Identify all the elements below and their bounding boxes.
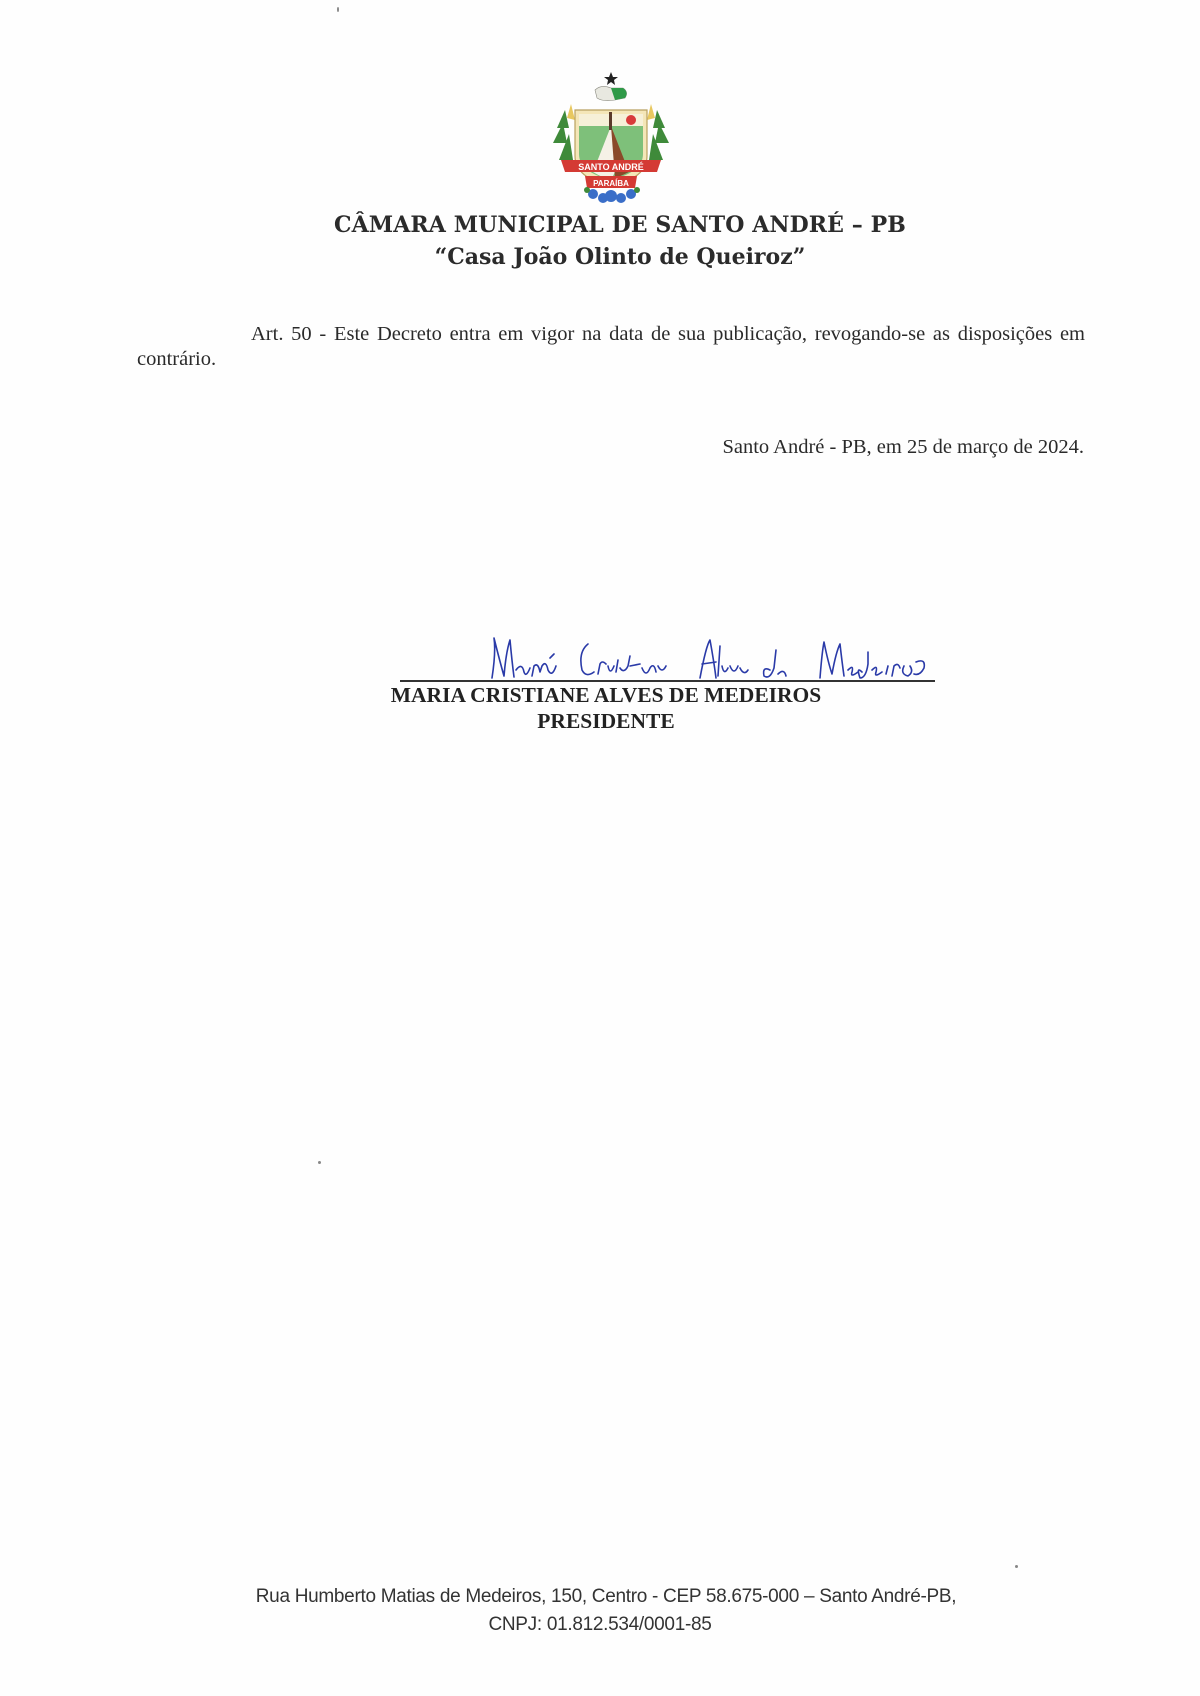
institution-subtitle: “Casa João Olinto de Queiroz” <box>0 244 1200 270</box>
institution-title: CÂMARA MUNICIPAL DE SANTO ANDRÉ – PB <box>0 212 1200 238</box>
signatory-role: PRESIDENTE <box>0 709 1200 734</box>
footer-cnpj: CNPJ: 01.812.534/0001-85 <box>0 1614 1200 1636</box>
municipal-crest-icon: SANTO ANDRÉ PARAÍBA <box>545 68 677 208</box>
scan-speck <box>1015 1565 1018 1568</box>
signatory-name: MARIA CRISTIANE ALVES DE MEDEIROS <box>0 683 1200 708</box>
date-line: Santo André - PB, em 25 de março de 2024… <box>722 436 1084 459</box>
svg-text:PARAÍBA: PARAÍBA <box>593 179 629 188</box>
signature-line <box>400 680 935 682</box>
handwritten-signature <box>490 622 960 682</box>
document-page: SANTO ANDRÉ PARAÍBA CÂMARA MUNICIPAL DE … <box>0 0 1200 1696</box>
article-paragraph: Art. 50 - Este Decreto entra em vigor na… <box>137 322 1085 372</box>
svg-text:SANTO ANDRÉ: SANTO ANDRÉ <box>578 162 644 172</box>
footer-address: Rua Humberto Matias de Medeiros, 150, Ce… <box>0 1586 1200 1608</box>
scan-speck <box>337 7 339 12</box>
scan-speck <box>318 1161 321 1164</box>
